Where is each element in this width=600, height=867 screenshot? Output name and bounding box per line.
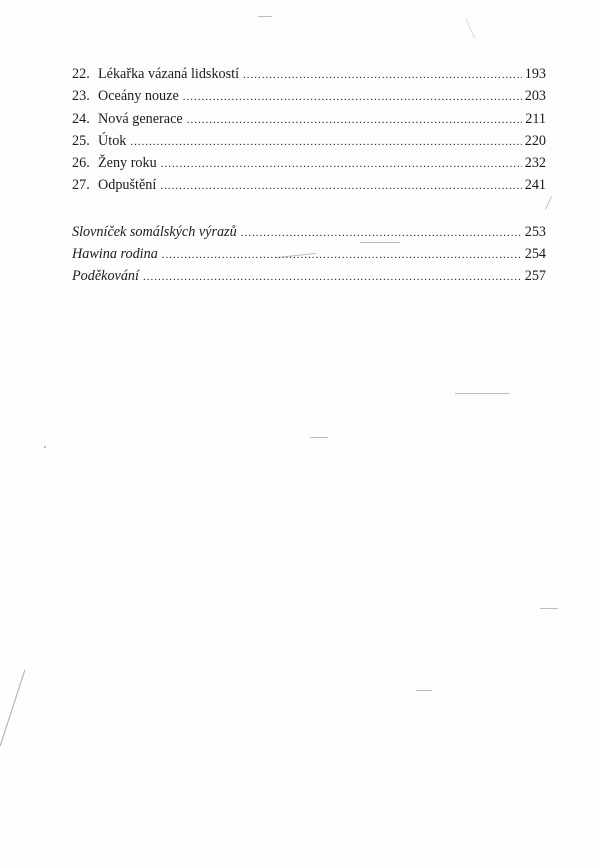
toc-entry: 22. Lékařka vázaná lidskostí 193 xyxy=(72,66,546,88)
page-number: 254 xyxy=(522,246,546,263)
toc-appendix-entry: Hawina rodina 254 xyxy=(72,246,546,268)
scan-artifact xyxy=(360,242,400,243)
appendix-title: Poděkování xyxy=(72,268,143,285)
toc-appendix-entry: Poděkování 257 xyxy=(72,268,546,290)
dot-leader xyxy=(187,114,523,126)
dot-leader xyxy=(241,227,522,239)
page-number: 220 xyxy=(522,133,546,150)
page-number: 253 xyxy=(522,224,546,241)
dot-leader xyxy=(161,158,522,170)
scan-artifact xyxy=(310,437,328,438)
chapter-number: 27. xyxy=(72,177,98,194)
scan-artifact xyxy=(44,446,46,448)
chapter-title: Útok xyxy=(98,133,130,150)
toc-appendix-entry: Slovníček somálských výrazů 253 xyxy=(72,224,546,246)
dot-leader xyxy=(243,69,522,81)
page-number: 241 xyxy=(522,177,546,194)
page-number: 203 xyxy=(522,88,546,105)
dot-leader xyxy=(183,91,522,103)
chapter-number: 26. xyxy=(72,155,98,172)
chapter-title: Oceány nouze xyxy=(98,88,183,105)
toc-entry: 26. Ženy roku 232 xyxy=(72,155,546,177)
dot-leader xyxy=(162,249,522,261)
page-number: 232 xyxy=(522,155,546,172)
dot-leader xyxy=(143,271,522,283)
table-of-contents: 22. Lékařka vázaná lidskostí 193 23. Oce… xyxy=(72,66,546,291)
dot-leader xyxy=(160,180,521,192)
appendix-title: Slovníček somálských výrazů xyxy=(72,224,241,241)
chapter-number: 22. xyxy=(72,66,98,83)
page-number: 257 xyxy=(522,268,546,285)
chapter-number: 25. xyxy=(72,133,98,150)
toc-entry: 25. Útok 220 xyxy=(72,133,546,155)
scan-artifact xyxy=(416,690,432,691)
section-gap xyxy=(72,200,546,224)
chapter-title: Nová generace xyxy=(98,111,187,128)
toc-entry: 24. Nová generace 211 xyxy=(72,111,546,133)
chapter-number: 23. xyxy=(72,88,98,105)
chapter-title: Odpuštění xyxy=(98,177,160,194)
page-number: 211 xyxy=(522,111,546,128)
scan-artifact xyxy=(545,196,552,209)
chapter-title: Lékařka vázaná lidskostí xyxy=(98,66,243,83)
chapter-title: Ženy roku xyxy=(98,155,161,172)
scan-artifact xyxy=(465,19,475,39)
scan-artifact xyxy=(540,608,558,609)
appendix-title: Hawina rodina xyxy=(72,246,162,263)
scan-artifact xyxy=(0,670,25,746)
toc-entry: 23. Oceány nouze 203 xyxy=(72,88,546,110)
page-number: 193 xyxy=(522,66,546,83)
chapter-number: 24. xyxy=(72,111,98,128)
dot-leader xyxy=(130,136,521,148)
scan-artifact xyxy=(258,16,272,17)
toc-entry: 27. Odpuštění 241 xyxy=(72,177,546,199)
scan-artifact xyxy=(455,393,510,394)
